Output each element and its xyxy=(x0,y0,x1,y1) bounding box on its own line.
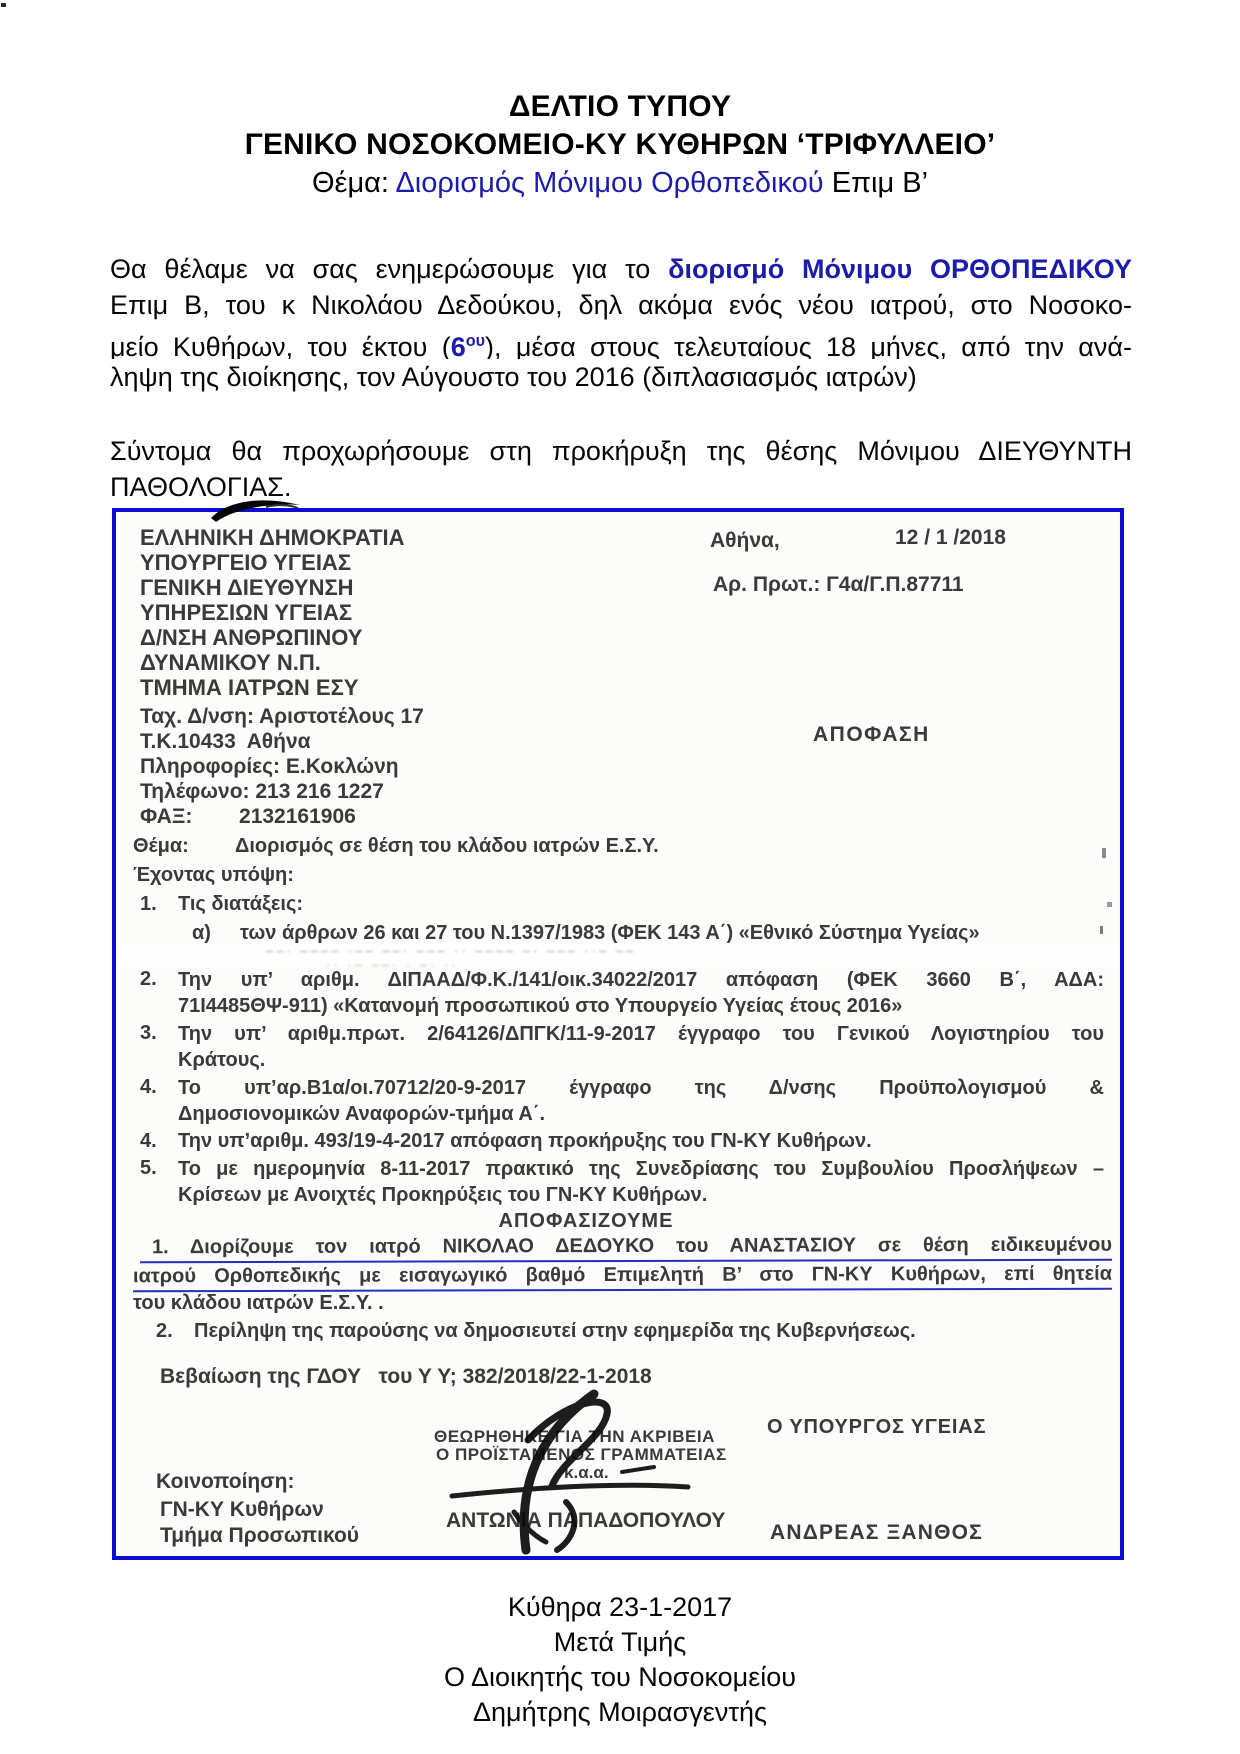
letterhead-line: ΕΛΛΗΝΙΚΗ ΔΗΜΟΚΡΑΤΙΑ xyxy=(140,525,405,550)
contact-line: Τ.Κ.10433 Αθήνα xyxy=(140,729,311,754)
contact-line: Ταχ. Δ/νση: Αριστοτέλους 17 xyxy=(140,704,424,729)
letterhead-line: Δ/ΝΣΗ ΑΝΘΡΩΠΙΝΟΥ xyxy=(140,625,362,650)
consideration-text: Την υπ’αριθμ. 493/19-4-2017 απόφαση προκ… xyxy=(178,1129,872,1154)
decision-number: 2. xyxy=(156,1319,173,1344)
consideration-number: 2. xyxy=(140,967,157,992)
paragraph-line: Σύντομα θα προχωρήσουμε στη προκήρυξη τη… xyxy=(110,433,1132,469)
hospital-name: ΓΕΝΙΚΟ ΝΟΣΟΚΟΜΕΙΟ-ΚΥ ΚΥΘΗΡΩΝ ‘ΤΡΙΦΥΛΛΕΙΟ… xyxy=(0,126,1240,164)
decision-underlined-line: ιατρού Ορθοπεδικής με εισαγωγικό βαθμό Ε… xyxy=(133,1261,1112,1293)
press-release-title: ΔΕΛΤΙΟ ΤΥΠΟΥ xyxy=(0,88,1240,126)
scan-speck xyxy=(1102,848,1106,858)
decide-heading: ΑΠΟΦΑΣΙΖΟΥΜΕ xyxy=(396,1209,776,1234)
paragraph-line: μείο Κυθήρων, του έκτου (6ου), μέσα στου… xyxy=(110,323,1132,359)
decision-heading: ΑΠΟΦΑΣΗ xyxy=(813,722,930,747)
splice-remnant: ‒‒· ‒‒‒‒ ·‒‒ ‒‒· ‒‒‒ ·· ‒‒‒‒ ‒· ‒‒‒ ··‒ … xyxy=(266,943,636,958)
paragraph-line: Επιμ Β, του κ Νικολάου Δεδούκου, δηλ ακό… xyxy=(110,287,1132,323)
ordinal-suffix: ου xyxy=(466,332,485,350)
subject-label: Θέμα: xyxy=(312,167,395,199)
scan-corner-speck xyxy=(1,3,6,7)
footer-role: Ο Διοικητής του Νοσοκομείου xyxy=(0,1660,1240,1695)
scan-speck xyxy=(1100,926,1103,934)
subject-line: Θέμα: Διορισμός Μόνιμου Ορθοπεδικού Επιμ… xyxy=(0,164,1240,202)
paragraph-text: ), μέσα στους τελευταίους 18 μήνες, από … xyxy=(485,332,1132,359)
footer-place-date: Κύθηρα 23-1-2017 xyxy=(0,1590,1240,1625)
scan-speck xyxy=(1107,902,1112,907)
cc-heading: Κοινοποίηση: xyxy=(156,1469,294,1494)
subject-tail: Επιμ Β’ xyxy=(824,167,928,199)
paragraph-text: Θα θέλαμε να σας ενημερώσουμε για το xyxy=(110,254,668,284)
consideration-number: 1. xyxy=(140,892,157,917)
letterhead-line: ΥΠΟΥΡΓΕΙΟ ΥΓΕΙΑΣ xyxy=(140,550,351,575)
scanned-decision-document: ΕΛΛΗΝΙΚΗ ΔΗΜΟΚΡΑΤΙΑ ΥΠΟΥΡΓΕΙΟ ΥΓΕΙΑΣ ΓΕΝ… xyxy=(112,508,1124,1560)
press-release-header: ΔΕΛΤΙΟ ΤΥΠΟΥ ΓΕΝΙΚΟ ΝΟΣΟΚΟΜΕΙΟ-ΚΥ ΚΥΘΗΡΩ… xyxy=(0,88,1240,202)
letterhead-line: ΥΠΗΡΕΣΙΩΝ ΥΓΕΙΑΣ xyxy=(140,600,352,625)
decision-text: Διορίζουμε τον ιατρό ΝΙΚΟΛΑΟ ΔΕΔΟΥΚΟ του… xyxy=(190,1234,1112,1258)
footer-salutation: Μετά Τιμής xyxy=(0,1625,1240,1660)
scan-subject-text: Διορισμός σε θέση του κλάδου ιατρών Ε.Σ.… xyxy=(235,834,659,859)
contact-line: Τηλέφωνο: 213 216 1227 xyxy=(140,779,384,804)
protocol-number: Αρ. Πρωτ.: Γ4α/Γ.Π.87711 xyxy=(713,572,964,597)
highlighted-text: διορισμό Μόνιμου ΟΡΘΟΠΕΔΙΚΟΥ xyxy=(668,254,1132,284)
minister-name: ΑΝΔΡΕΑΣ ΞΑΝΘΟΣ xyxy=(770,1520,983,1545)
decision-underlined-line: 1. Διορίζουμε τον ιατρό ΝΙΚΟΛΑΟ ΔΕΔΟΥΚΟ … xyxy=(140,1232,1112,1264)
decision-text: Περίληψη της παρούσης να δημοσιευτεί στη… xyxy=(194,1319,916,1344)
consideration-text: Τις διατάξεις: xyxy=(178,892,303,917)
consideration-number: 4. xyxy=(140,1129,157,1154)
press-release-page: ΔΕΛΤΙΟ ΤΥΠΟΥ ΓΕΝΙΚΟ ΝΟΣΟΚΟΜΕΙΟ-ΚΥ ΚΥΘΗΡΩ… xyxy=(0,0,1240,1754)
consideration-number: α) xyxy=(192,921,211,946)
ordinal-number: 6 xyxy=(451,332,466,359)
footer-block: Κύθηρα 23-1-2017 Μετά Τιμής Ο Διοικητής … xyxy=(0,1590,1240,1730)
cc-recipient: Τμήμα Προσωπικού xyxy=(160,1523,359,1548)
contact-line: Πληροφορίες: Ε.Κοκλώνη xyxy=(140,754,399,779)
cc-recipient: ΓΝ-ΚΥ Κυθήρων xyxy=(160,1497,324,1522)
letterhead-line: ΤΜΗΜΑ ΙΑΤΡΩΝ ΕΣΥ xyxy=(140,675,358,700)
consideration-text: 71Ι4485ΘΨ-911) «Κατανομή προσωπικού στο … xyxy=(178,994,902,1019)
consideration-text: Την υπ’ αριθμ. ΔΙΠΑΑΔ/Φ.Κ./141/οικ.34022… xyxy=(178,967,1104,994)
ordinal-sixth: 6ου xyxy=(451,332,485,359)
scan-subject-label: Θέμα: xyxy=(133,834,189,859)
consideration-text: Δημοσιονομικών Αναφορών-τμήμα Α΄. xyxy=(178,1102,545,1127)
consideration-text: Το υπ’αρ.Β1α/οι.70712/20-9-2017 έγγραφο … xyxy=(178,1075,1104,1102)
consideration-number: 4. xyxy=(140,1075,157,1100)
paragraph-line: Θα θέλαμε να σας ενημερώσουμε για το διο… xyxy=(110,251,1132,287)
having-regard: Έχοντας υπόψη: xyxy=(133,863,294,888)
decision-text: του κλάδου ιατρών Ε.Σ.Υ. . xyxy=(133,1291,384,1316)
letterhead-line: ΓΕΝΙΚΗ ΔΙΕΥΘΥΝΣΗ xyxy=(140,575,354,600)
intro-paragraph: Θα θέλαμε να σας ενημερώσουμε για το διο… xyxy=(110,251,1132,395)
issue-date: 12 / 1 /2018 xyxy=(895,525,1006,550)
consideration-number: 5. xyxy=(140,1156,157,1181)
consideration-text: Την υπ’ αριθμ.πρωτ. 2/64126/ΔΠΓΚ/11-9-20… xyxy=(178,1021,1104,1048)
letterhead-line: ΔΥΝΑΜΙΚΟΥ Ν.Π. xyxy=(140,650,321,675)
issue-city: Αθήνα, xyxy=(710,528,780,553)
scan-content: ΕΛΛΗΝΙΚΗ ΔΗΜΟΚΡΑΤΙΑ ΥΠΟΥΡΓΕΙΟ ΥΓΕΙΑΣ ΓΕΝ… xyxy=(116,512,1120,1556)
scan-ink-blob xyxy=(208,494,304,526)
minister-title: Ο ΥΠΟΥΡΓΟΣ ΥΓΕΙΑΣ xyxy=(767,1415,986,1440)
paragraph-line: ληψη της διοίκησης, τον Αύγουστο του 201… xyxy=(110,359,1132,395)
contact-line: ΦΑΞ: 2132161906 xyxy=(140,804,356,829)
consideration-text: Κρίσεων με Ανοιχτές Προκηρύξεις του ΓΝ-Κ… xyxy=(178,1183,707,1208)
consideration-number: 3. xyxy=(140,1021,157,1046)
decision-number: 1. xyxy=(140,1236,169,1258)
consideration-text: Το με ημερομηνία 8-11-2017 πρακτικό της … xyxy=(178,1156,1104,1183)
consideration-text: Κράτους. xyxy=(178,1048,265,1073)
paragraph-text: μείο Κυθήρων, του έκτου ( xyxy=(110,332,451,359)
subject-highlight: Διορισμός Μόνιμου Ορθοπεδικού xyxy=(395,167,823,199)
footer-signatory: Δημήτρης Μοιρασγεντής xyxy=(0,1695,1240,1730)
signature-scribble xyxy=(366,1384,756,1556)
